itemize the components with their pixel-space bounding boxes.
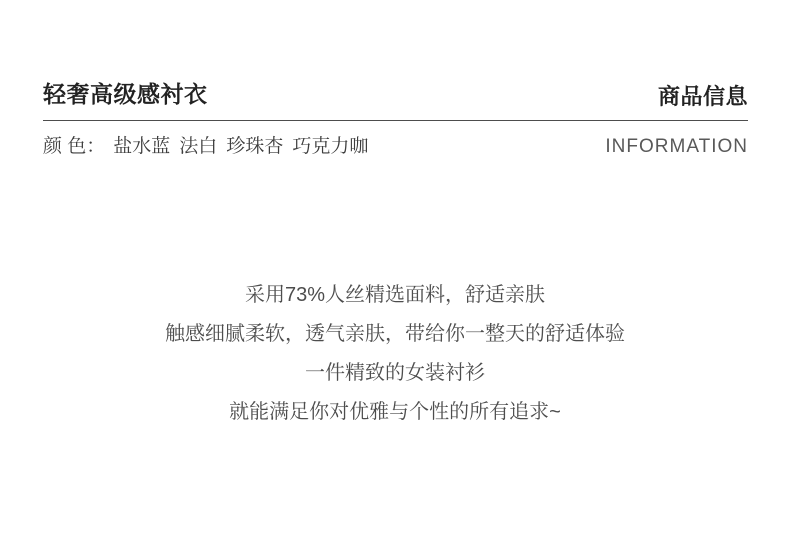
product-title: 轻奢高级感衬衣: [43, 81, 208, 107]
color-value: 法白: [179, 136, 217, 157]
color-value: 珍珠杏: [226, 136, 283, 157]
color-value: 盐水蓝: [113, 136, 170, 157]
description-line: 一件精致的女装衬衫: [0, 360, 790, 386]
color-value: 巧克力咖: [292, 136, 368, 157]
section-label-cn: 商品信息: [658, 84, 748, 109]
description-line: 触感细腻柔软，透气亲肤，带给你一整天的舒适体验: [0, 321, 790, 347]
product-description: 采用73%人丝精选面料，舒适亲肤 触感细腻柔软，透气亲肤，带给你一整天的舒适体验…: [0, 282, 790, 425]
color-attribute-row: 颜 色：盐水蓝法白珍珠杏巧克力咖: [43, 135, 368, 159]
product-info-page: 轻奢高级感衬衣 商品信息 颜 色：盐水蓝法白珍珠杏巧克力咖 INFORMATIO…: [0, 0, 790, 555]
description-line: 采用73%人丝精选面料，舒适亲肤: [0, 282, 790, 308]
color-attribute-label: 颜 色：: [43, 136, 105, 157]
header: 轻奢高级感衬衣 商品信息: [43, 81, 748, 107]
section-label-en: INFORMATION: [605, 135, 748, 159]
description-line: 就能满足你对优雅与个性的所有追求~: [0, 399, 790, 425]
subheader: 颜 色：盐水蓝法白珍珠杏巧克力咖 INFORMATION: [43, 135, 748, 159]
divider-line: [43, 120, 748, 121]
